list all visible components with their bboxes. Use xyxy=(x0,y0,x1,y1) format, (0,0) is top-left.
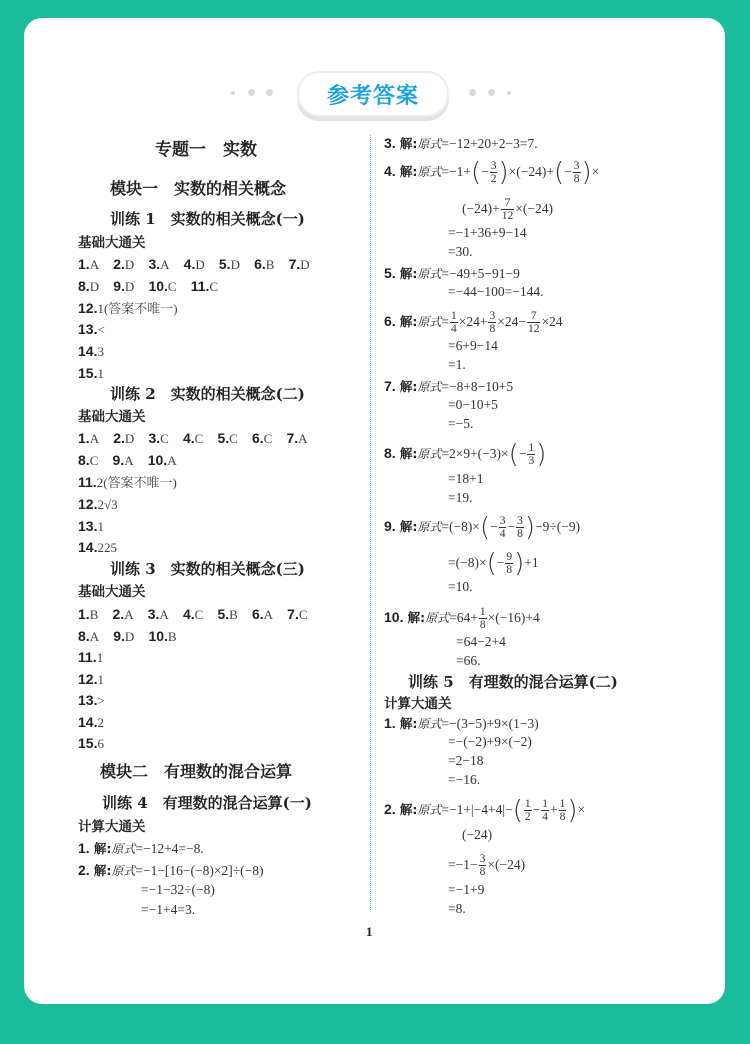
mc-answers-row: 1.A 2.D 3.A 4.D 5.D 6.B 7.D xyxy=(78,255,320,275)
solution-line: 7. 解:原式=−8+8−10+5 xyxy=(384,377,513,397)
solution-line: =66. xyxy=(456,652,481,670)
answer-item: 13.1 xyxy=(78,517,114,537)
solution-line: =−5. xyxy=(448,415,473,433)
module-heading: 模块一 实数的相关概念 xyxy=(110,180,286,198)
topic-heading: 专题一 实数 xyxy=(155,141,257,159)
page-title: 参考答案 xyxy=(297,71,449,117)
solution-line: 4. 解:原式=−1+(−32)×(−24)+(−38)× xyxy=(384,160,599,185)
solution-line: =−1−38×(−24) xyxy=(448,853,525,878)
solution-line: =8. xyxy=(448,900,466,918)
solution-line: 8. 解:原式=2×9+(−3)×(−13) xyxy=(384,442,546,467)
solution-line: =−1−32÷(−8) xyxy=(141,881,215,899)
solution-line: =64−2+4 xyxy=(456,633,506,651)
mc-answers-row: 8.C 9.A 10.A xyxy=(78,451,187,471)
mc-answers-row: 1.A 2.D 3.C 4.C 5.C 6.C 7.A xyxy=(78,429,318,449)
answer-item: 13.< xyxy=(78,320,115,340)
solution-line: (−24)+712×(−24) xyxy=(462,197,553,222)
training-heading: 训练 1 实数的相关概念(一) xyxy=(110,210,305,228)
solution-line: =2−18 xyxy=(448,752,483,770)
mc-answers-row: 8.A 9.D 10.B xyxy=(78,627,187,647)
answer-item: 12.1(答案不唯一) xyxy=(78,299,188,319)
training-heading: 训练 5 有理数的混合运算(二) xyxy=(408,673,618,691)
solution-line: 6. 解:原式=14×24+38×24−712×24 xyxy=(384,310,563,335)
answer-item: 11.1 xyxy=(78,648,113,668)
answer-item: 15.1 xyxy=(78,364,114,384)
training-heading: 训练 3 实数的相关概念(三) xyxy=(110,560,305,578)
solution-line: =18+1 xyxy=(448,470,483,488)
mc-answers-row: 8.D 9.D 10.C 11.C xyxy=(78,277,228,297)
column-divider xyxy=(370,135,371,910)
solution-line: =−16. xyxy=(448,771,480,789)
section-heading: 计算大通关 xyxy=(384,695,452,713)
solution-line: =−44−100=−144. xyxy=(448,283,543,301)
solution-line: 10. 解:原式=64+18×(−16)+4 xyxy=(384,606,540,631)
solution-line: =(−8)×(−98)+1 xyxy=(448,551,539,576)
answer-item: 12.2√3 xyxy=(78,495,128,515)
page-number: 1 xyxy=(366,924,373,940)
section-heading: 基础大通关 xyxy=(78,234,146,252)
answer-item: 14.225 xyxy=(78,538,127,558)
training-heading: 训练 4 有理数的混合运算(一) xyxy=(102,794,312,812)
answer-item: 13.> xyxy=(78,691,115,711)
section-heading: 基础大通关 xyxy=(78,408,146,426)
solution-line: =10. xyxy=(448,578,473,596)
solution-line: 5. 解:原式=−49+5−91−9 xyxy=(384,264,520,284)
solution-line: =−1+36+9−14 xyxy=(448,224,527,242)
decor-dot xyxy=(231,91,235,95)
answer-item: 11.2(答案不唯一) xyxy=(78,473,187,493)
solution-line: (−24) xyxy=(462,826,492,844)
decor-dot xyxy=(469,89,476,96)
decor-dot xyxy=(507,91,511,95)
answer-item: 12.1 xyxy=(78,670,114,690)
section-heading: 基础大通关 xyxy=(78,583,146,601)
solution-line: 2. 解:原式=−1+|−4+4|−(12−14+18)× xyxy=(384,798,585,823)
solution-line: 9. 解:原式=(−8)×(−34−38)−9÷(−9) xyxy=(384,515,580,540)
solution-line: =19. xyxy=(448,489,473,507)
module-heading: 模块二 有理数的混合运算 xyxy=(100,763,292,781)
solution-line: =6+9−14 xyxy=(448,337,498,355)
answer-item: 14.2 xyxy=(78,713,114,733)
solution-line: 1. 解:原式=−(3−5)+9×(1−3) xyxy=(384,714,539,734)
solution-line: =−1+4=3. xyxy=(141,901,195,919)
mc-answers-row: 1.B 2.A 3.A 4.C 5.B 6.A 7.C xyxy=(78,605,318,625)
solution-line: =−(−2)+9×(−2) xyxy=(448,733,532,751)
answer-item: 15.6 xyxy=(78,734,114,754)
decor-dot xyxy=(266,89,273,96)
answer-item: 14.3 xyxy=(78,342,114,362)
solution-line: =0−10+5 xyxy=(448,396,498,414)
section-heading: 计算大通关 xyxy=(78,818,146,836)
training-heading: 训练 2 实数的相关概念(二) xyxy=(110,385,305,403)
solution-line: =1. xyxy=(448,356,466,374)
solution-line: =30. xyxy=(448,243,473,261)
solution-line: =−1+9 xyxy=(448,881,484,899)
solution-line: 1. 解:原式=−12+4=−8. xyxy=(78,839,204,859)
decor-dot xyxy=(488,89,495,96)
solution-line: 3. 解:原式=−12+20+2−3=7. xyxy=(384,134,538,154)
solution-line: 2. 解:原式=−1−[16−(−8)×2]÷(−8) xyxy=(78,861,264,881)
decor-dot xyxy=(248,89,255,96)
